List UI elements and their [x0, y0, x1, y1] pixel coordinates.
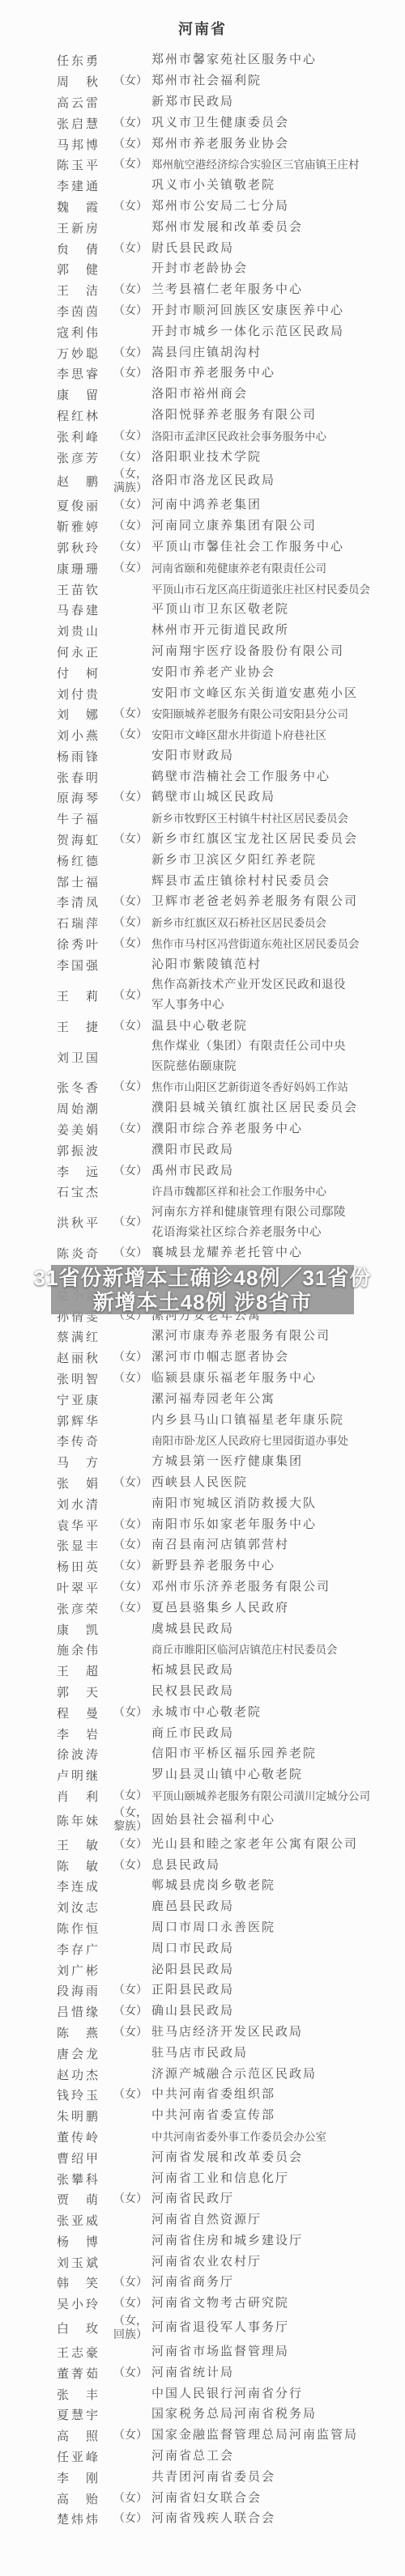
person-name: 赵 鹏	[57, 473, 113, 490]
person-name: 张 娟	[57, 1475, 113, 1492]
gender-note: （女）	[113, 937, 151, 951]
table-row: 康 凯 虞城县民政局	[0, 1619, 405, 1640]
person-name: 何永正	[57, 643, 113, 660]
organization: 河南省统计局	[151, 2363, 234, 2383]
organization: 民权县民政局	[151, 1682, 234, 1702]
table-row: 石宝杰 许昌市魏都区祥和社会工作服务中心	[0, 1182, 405, 1203]
gender-note: （女，黎族）	[113, 1806, 151, 1834]
organization: 焦作煤业（集团）有限责任公司中央医院慈佑颐康院	[151, 1037, 356, 1077]
table-row: 周始潮 濮阳县城关镇红旗社区居民委员会	[0, 1098, 405, 1119]
person-name: 卢明继	[57, 1767, 113, 1784]
person-name: 张冬香	[57, 1079, 113, 1096]
person-name: 张启慧	[57, 115, 113, 132]
table-row: 康珊珊 （女） 河南省颐和苑健康养老有限责任公司	[0, 558, 405, 579]
person-name: 陈炎奇	[57, 1245, 113, 1262]
table-row: 王志豪 河南省市场监督管理局	[0, 2342, 405, 2363]
gender-note: （女）	[113, 791, 151, 804]
organization: 固始县社会福利中心	[151, 1810, 275, 1831]
person-name: 马 方	[57, 1454, 113, 1470]
table-row: 姜美娟 （女） 濮阳市综合养老服务中心	[0, 1119, 405, 1140]
organization: 安阳市文峰区东关街道安惠苑小区	[151, 684, 358, 704]
person-name: 楚炜炜	[57, 2510, 113, 2527]
organization: 国家金融监督管理总局河南监管局	[151, 2425, 358, 2446]
table-row: 赵丽秋 （女） 漯河市巾帼志愿者协会	[0, 1347, 405, 1369]
person-name: 李 岩	[57, 1725, 113, 1742]
organization: 柘城县民政局	[151, 1661, 234, 1681]
person-name: 陈 燕	[57, 2024, 113, 2041]
gender-note: （女）	[113, 728, 151, 742]
banner-line-1: 31省份新增本土确诊48例／31省份	[34, 1266, 372, 1290]
person-name: 王苗钦	[57, 581, 113, 598]
table-row: 郭 健 开封市老龄协会	[0, 259, 405, 280]
organization: 国家税务总局河南省税务局	[151, 2404, 317, 2425]
gender-note: （女）	[113, 1165, 151, 1178]
page-title: 河南省	[178, 18, 227, 39]
organization: 河南省总工会	[151, 2447, 234, 2467]
table-row: 张 娟 （女） 西峡县人民医院	[0, 1473, 405, 1494]
table-row: 原海琴 （女） 鹤壁市山城区民政局	[0, 787, 405, 808]
gender-note: （女）	[113, 1518, 151, 1532]
table-row: 陈玉平 （女） 郑州航空港经济综合实验区三官庙镇王庄村	[0, 155, 405, 176]
organization: 河南省残疾人联合会	[151, 2509, 275, 2529]
person-name: 叶翠平	[57, 1579, 113, 1596]
table-row: 石瑞萍 （女） 新乡市红旗区双石桥社区居民委员会	[0, 913, 405, 934]
organization: 驻马店经济开发区民政局	[151, 2022, 303, 2043]
person-name: 张春明	[57, 769, 113, 786]
table-row: 陈炎奇 （女） 襄城县龙耀养老托管中心	[0, 1243, 405, 1264]
gender-note: （女）	[113, 2276, 151, 2290]
organization: 尉氏县民政局	[151, 239, 234, 259]
person-name: 高 贻	[57, 2490, 113, 2507]
table-row: 刘卫国 焦作煤业（集团）有限责任公司中央医院慈佑颐康院	[0, 1037, 405, 1077]
person-name: 洪秋平	[57, 1214, 113, 1231]
section-header: 河南省	[0, 0, 405, 50]
organization: 开封市城乡一体化示范区民政局	[151, 322, 344, 342]
person-name: 陈作恒	[57, 1920, 113, 1937]
organization: 南阳市宛城区消防救援大队	[151, 1494, 317, 1514]
person-name: 王 莉	[57, 987, 113, 1004]
table-row: 贾 萌 （女） 河南省民政厅	[0, 2189, 405, 2210]
table-row: 张彦芳 （女） 洛阳职业技术学院	[0, 447, 405, 468]
table-row: 程红林 洛阳悦驿养老服务有限公司	[0, 405, 405, 427]
table-row: 赵功杰 济源产城融合示范区民政局	[0, 2064, 405, 2085]
person-name: 郭 健	[57, 261, 113, 278]
table-row: 李国强 沁阳市紫陵镇范村	[0, 954, 405, 975]
person-name: 李传奇	[57, 1432, 113, 1449]
table-row: 贠 倩 （女） 尉氏县民政局	[0, 238, 405, 259]
table-row: 段海雨 （女） 正阳县民政局	[0, 1980, 405, 2001]
organization: 焦作高新技术产业开发区民政和退役军人事务中心	[151, 975, 356, 1016]
organization: 邓州市乐济养老服务有限公司	[151, 1577, 330, 1598]
person-name: 钱玲玉	[57, 2086, 113, 2103]
person-name: 郜士福	[57, 873, 113, 890]
table-row: 朱明鹏 中共河南省委宣传部	[0, 2106, 405, 2127]
person-name: 王志豪	[57, 2344, 113, 2361]
gender-note: （女）	[113, 1789, 151, 1803]
organization: 虞城县民政局	[151, 1619, 234, 1640]
gender-note: （女）	[113, 2429, 151, 2442]
organization: 新乡市牧野区王村镇牛村社区居民委员会	[151, 808, 348, 829]
organization: 河南省商务厅	[151, 2273, 234, 2293]
table-row: 刘 娜 （女） 安阳颐城养老服务有限公司安阳县分公司	[0, 704, 405, 725]
person-name: 张彦芳	[57, 449, 113, 466]
organization: 沁阳市紫陵镇范村	[151, 955, 262, 975]
organization: 洛阳市洛龙区民政局	[151, 471, 275, 491]
table-row: 马邦博 （女） 郑州市养老服务业协会	[0, 134, 405, 155]
organization: 洛阳市养老服务中心	[151, 363, 275, 384]
person-name: 夏俊丽	[57, 497, 113, 514]
gender-note: （女）	[113, 1706, 151, 1720]
gender-note: （女）	[113, 283, 151, 297]
person-name: 康 留	[57, 386, 113, 403]
organization: 河南省文物考古研究院	[151, 2294, 289, 2314]
organization: 内乡县马山口镇福星老年康乐院	[151, 1411, 344, 1431]
person-name: 朱明鹏	[57, 2107, 113, 2124]
table-row: 刘水清 南阳市宛城区消防救援大队	[0, 1493, 405, 1514]
person-name: 郭 天	[57, 1683, 113, 1700]
table-row: 吴小玲 （女） 河南省文物考古研究院	[0, 2294, 405, 2315]
organization: 新乡市红旗区宝龙社区居民委员会	[151, 830, 358, 850]
table-row: 康 留 洛阳市裕州商会	[0, 384, 405, 405]
gender-note: （女）	[113, 1581, 151, 1594]
gender-note: （女）	[113, 989, 151, 1003]
organization: 卫辉市老爸老妈养老服务有限公司	[151, 892, 358, 912]
table-row: 程 曼 （女） 永城市中心敬老院	[0, 1702, 405, 1723]
organization: 永城市中心敬老院	[151, 1703, 262, 1723]
table-row: 吕惜缘 （女） 确山县民政局	[0, 2001, 405, 2022]
organization: 郑州市发展和改革委员会	[151, 218, 303, 238]
person-name: 姜美娟	[57, 1121, 113, 1138]
person-name: 王 洁	[57, 282, 113, 299]
person-name: 肖 利	[57, 1788, 113, 1805]
person-name: 陈 敏	[57, 1857, 113, 1874]
table-row: 张 丰 中国人民银行河南省分行	[0, 2383, 405, 2404]
table-row: 李茵茵 （女） 开封市顺河回族区安康医养中心	[0, 301, 405, 322]
table-row: 赵 鹏 （女，满族） 洛阳市洛龙区民政局	[0, 468, 405, 495]
table-row: 张显丰 （女） 南召县南河店镇郭营村	[0, 1535, 405, 1556]
person-name: 段海雨	[57, 1982, 113, 1999]
person-name: 徐秀叶	[57, 936, 113, 953]
organization: 息县民政局	[151, 1856, 220, 1876]
organization: 河南同立康养集团有限公司	[151, 516, 317, 537]
person-name: 李 刚	[57, 2469, 113, 2486]
person-name: 郭秋玲	[57, 539, 113, 556]
organization: 新野县养老服务中心	[151, 1556, 275, 1577]
person-name: 袁华平	[57, 1517, 113, 1534]
person-name: 杨 博	[57, 2233, 113, 2250]
gender-note: （女）	[113, 2026, 151, 2039]
person-name: 吴小玲	[57, 2295, 113, 2312]
organization: 共青团河南省委员会	[151, 2468, 275, 2488]
person-name: 程 曼	[57, 1704, 113, 1721]
gender-note: （女）	[113, 430, 151, 443]
organization: 禹州市民政局	[151, 1161, 234, 1182]
organization: 焦作市马村区冯营街道东苑社区居民委员会	[151, 934, 360, 954]
organization: 郑州航空港经济综合实验区三官庙镇王庄村	[151, 155, 360, 175]
table-row: 任亚峰 河南省总工会	[0, 2447, 405, 2468]
table-row: 高 照 （女） 国家金融监督管理总局河南监管局	[0, 2425, 405, 2447]
gender-note: （女）	[113, 916, 151, 930]
gender-note: （女）	[113, 1476, 151, 1490]
organization: 濮阳市综合养老服务中心	[151, 1119, 303, 1139]
table-row: 楚炜炜 （女） 河南省残疾人联合会	[0, 2509, 405, 2530]
person-name: 刘卫国	[57, 1049, 113, 1066]
organization: 河南省发展和改革委员会	[151, 2148, 303, 2168]
organization: 河南省妇女联合会	[151, 2489, 262, 2509]
news-banner-overlay: 31省份新增本土确诊48例／31省份 新增本土48例 涉8省市	[51, 1265, 354, 1314]
organization: 济源产城融合示范区民政局	[151, 2065, 317, 2085]
organization: 方城县第一医疗健康集团	[151, 1452, 303, 1472]
gender-note: （女）	[113, 2005, 151, 2018]
organization: 郑州市养老服务业协会	[151, 134, 289, 155]
table-row: 施余伟 商丘市睢阳区临河店镇范庄村民委员会	[0, 1640, 405, 1661]
roster-document: 河南省 任东勇 郑州市馨家苑社区服务中心 周 秋 （女） 郑州市社会福利院 高云…	[0, 0, 405, 2530]
organization: 洛阳职业技术学院	[151, 448, 262, 468]
gender-note: （女）	[113, 1351, 151, 1364]
table-row: 张启慧 （女） 巩义市卫生健康委员会	[0, 112, 405, 134]
person-name: 周 秋	[57, 73, 113, 90]
organization: 中共河南省委组织部	[151, 2085, 275, 2105]
person-name: 郭辉华	[57, 1412, 113, 1429]
organization: 河南省农业农村厅	[151, 2252, 262, 2273]
person-name: 贠 倩	[57, 240, 113, 257]
organization: 河南中鸿养老集团	[151, 495, 262, 516]
table-row: 马春建 平顶山市卫东区敬老院	[0, 600, 405, 621]
person-name: 徐波涛	[57, 1746, 113, 1763]
organization: 洛阳市孟津区民政社会事务服务中心	[151, 427, 326, 447]
person-name: 陈玉平	[57, 156, 113, 173]
person-name: 魏 霞	[57, 198, 113, 215]
table-row: 牛子福 新乡市牧野区王村镇牛村社区居民委员会	[0, 808, 405, 830]
table-row: 李思睿 （女） 洛阳市养老服务中心	[0, 363, 405, 384]
person-name: 曹绍甲	[57, 2149, 113, 2166]
table-row: 王 敏 （女） 光山县和睦之家老年公寓有限公司	[0, 1834, 405, 1855]
table-row: 董传岭 中共河南省委外事工作委员会办公室	[0, 2127, 405, 2148]
gender-note: （女）	[113, 1372, 151, 1386]
person-name: 牛子福	[57, 810, 113, 827]
organization: 漯河市巾帼志愿者协会	[151, 1347, 289, 1368]
organization: 辉县市孟庄镇徐村村民委员会	[151, 872, 330, 892]
table-row: 陈 敏 （女） 息县民政局	[0, 1855, 405, 1876]
person-name: 赵功杰	[57, 2066, 113, 2083]
table-row: 张春明 鹤壁市浩楠社会工作服务中心	[0, 766, 405, 787]
table-row: 杨田英 （女） 新野县养老服务中心	[0, 1556, 405, 1577]
organization: 西峡县人民医院	[151, 1473, 248, 1493]
table-row: 肖 利 （女） 平顶山颐城养老服务有限公司潢川定城分公司	[0, 1786, 405, 1807]
table-row: 韩 笑 （女） 河南省商务厅	[0, 2273, 405, 2294]
organization: 中共河南省委外事工作委员会办公室	[151, 2127, 326, 2147]
table-row: 徐波涛 信阳市平桥区福乐园养老院	[0, 1744, 405, 1765]
gender-note: （女）	[113, 1984, 151, 1997]
gender-note: （女）	[113, 1216, 151, 1229]
organization: 河南省自然资源厅	[151, 2210, 262, 2230]
person-name: 刘广彬	[57, 1962, 113, 1979]
gender-note: （女）	[113, 200, 151, 214]
person-name: 任东勇	[57, 52, 113, 69]
organization: 焦作市山阳区艺新街道冬香好妈妈工作站	[151, 1077, 348, 1097]
organization: 安阳市财政局	[151, 746, 234, 766]
table-row: 张亚威 河南省自然资源厅	[0, 2210, 405, 2231]
person-name: 董传岭	[57, 2128, 113, 2145]
organization: 平顶山颐城养老服务有限公司潢川定城分公司	[151, 1786, 370, 1806]
person-name: 张亚威	[57, 2212, 113, 2229]
table-row: 夏慧宇 国家税务总局河南省税务局	[0, 2404, 405, 2425]
gender-note: （女）	[113, 520, 151, 533]
organization: 漯河福寿园老年公寓	[151, 1390, 275, 1410]
table-row: 宁亚康 漯河福寿园老年公寓	[0, 1389, 405, 1410]
person-name: 张攀科	[57, 2171, 113, 2188]
gender-note: （女）	[113, 1246, 151, 1260]
table-row: 郭振波 濮阳市民政局	[0, 1139, 405, 1161]
organization: 鹿邑县民政局	[151, 1897, 234, 1917]
organization: 郑州市社会福利院	[151, 71, 262, 91]
person-name: 靳雅婷	[57, 518, 113, 535]
person-name: 石宝杰	[57, 1183, 113, 1200]
gender-note: （女）	[113, 1538, 151, 1552]
organization: 南阳市卧龙区人民政府七里园街道办事处	[151, 1431, 348, 1451]
table-row: 王 超 柘城县民政局	[0, 1661, 405, 1682]
organization: 开封市老龄协会	[151, 259, 248, 279]
person-name: 高云雷	[57, 94, 113, 111]
gender-note: （女）	[113, 1602, 151, 1615]
person-name: 郭振波	[57, 1142, 113, 1159]
organization: 鹤壁市山城区民政局	[151, 787, 275, 808]
gender-note: （女）	[113, 304, 151, 318]
person-name: 寇利伟	[57, 324, 113, 341]
table-row: 高 贻 （女） 河南省妇女联合会	[0, 2488, 405, 2509]
organization: 安阳市养老产业协会	[151, 663, 275, 683]
gender-note: （女，满族）	[113, 468, 151, 495]
person-name: 石瑞萍	[57, 915, 113, 932]
gender-note: （女）	[113, 707, 151, 721]
table-row: 叶翠平 （女） 邓州市乐济养老服务有限公司	[0, 1577, 405, 1598]
table-row: 任东勇 郑州市馨家苑社区服务中心	[0, 50, 405, 71]
organization: 河南东方祥和健康管理有限公司鄢陵花语海棠社区综合养老服务中心	[151, 1203, 356, 1243]
table-row: 张明智 （女） 临颍县康乐福老年服务中心	[0, 1369, 405, 1390]
table-row: 张攀科 河南省工业和信息化厅	[0, 2168, 405, 2189]
organization: 周口市周口永善医院	[151, 1918, 275, 1938]
person-name: 贺海虹	[57, 831, 113, 848]
table-row: 王 洁 （女） 兰考县禧仁老年服务中心	[0, 280, 405, 301]
person-name: 李清凤	[57, 893, 113, 910]
organization: 郑州市公安局二七分局	[151, 197, 289, 217]
table-row: 刘小燕 （女） 安阳市文峰区甜水井街道卜府巷社区	[0, 725, 405, 746]
gender-note: （女）	[113, 367, 151, 380]
organization: 平顶山市卫东区敬老院	[151, 600, 289, 620]
gender-note: （女）	[113, 1080, 151, 1094]
table-row: 魏 霞 （女） 郑州市公安局二七分局	[0, 197, 405, 218]
person-name: 杨雨锋	[57, 748, 113, 765]
organization: 濮阳县城关镇红旗社区居民委员会	[151, 1098, 358, 1118]
person-name: 杨红德	[57, 852, 113, 869]
table-row: 王 莉 （女） 焦作高新技术产业开发区民政和退役军人事务中心	[0, 975, 405, 1016]
person-name: 李建通	[57, 177, 113, 194]
organization: 信阳市平桥区福乐园养老院	[151, 1744, 317, 1764]
organization: 温县中心敬老院	[151, 1016, 248, 1037]
table-row: 付 柯 安阳市养老产业协会	[0, 662, 405, 683]
organization: 罗山县灵山镇中心敬老院	[151, 1765, 303, 1785]
table-row: 郜士福 辉县市孟庄镇徐村村民委员会	[0, 871, 405, 892]
organization: 正阳县民政局	[151, 1980, 234, 2001]
gender-note: （女）	[113, 158, 151, 172]
organization: 郸城县虎岗乡敬老院	[151, 1876, 275, 1896]
gender-note: （女）	[113, 2192, 151, 2206]
person-name: 宁亚康	[57, 1391, 113, 1408]
table-row: 万妙聪 （女） 嵩县闫庄镇胡沟村	[0, 342, 405, 363]
organization: 南召县南河店镇郭营村	[151, 1535, 289, 1555]
person-name: 王 超	[57, 1662, 113, 1679]
person-name: 刘小燕	[57, 727, 113, 744]
organization: 河南省退役军人事务厅	[151, 2318, 289, 2338]
table-row: 李 远 （女） 禹州市民政局	[0, 1161, 405, 1182]
organization: 泌阳县民政局	[151, 1960, 234, 1980]
table-row: 李建通 巩义市小关镇敬老院	[0, 176, 405, 197]
person-name: 李国强	[57, 957, 113, 974]
person-name: 韩 笑	[57, 2274, 113, 2291]
table-row: 陈 燕 （女） 驻马店经济开发区民政局	[0, 2022, 405, 2043]
organization: 安阳颐城养老服务有限公司安阳县分公司	[151, 704, 348, 724]
person-name: 夏慧宇	[57, 2406, 113, 2423]
table-row: 唐会龙 驻马店市民政局	[0, 2043, 405, 2064]
table-row: 钱玲玉 （女） 中共河南省委组织部	[0, 2085, 405, 2106]
organization: 平顶山市馨佳社会工作服务中心	[151, 537, 344, 558]
gender-note: （女，回族）	[113, 2315, 151, 2342]
person-name: 王新房	[57, 219, 113, 236]
person-name: 张利峰	[57, 428, 113, 445]
banner-line-2: 新增本土48例 涉8省市	[93, 1290, 313, 1314]
person-name: 高 照	[57, 2427, 113, 2444]
gender-note: （女）	[113, 1122, 151, 1136]
person-name: 马邦博	[57, 136, 113, 153]
table-row: 王 捷 （女） 温县中心敬老院	[0, 1016, 405, 1037]
table-row: 李清凤 （女） 卫辉市老爸老妈养老服务有限公司	[0, 892, 405, 913]
gender-note: （女）	[113, 1859, 151, 1873]
table-row: 马 方 方城县第一医疗健康集团	[0, 1452, 405, 1473]
person-name: 万妙聪	[57, 345, 113, 362]
person-name: 李思睿	[57, 365, 113, 382]
organization: 林州市开元街道民政所	[151, 621, 289, 641]
organization: 许昌市魏都区祥和社会工作服务中心	[151, 1182, 326, 1202]
person-name: 刘汝志	[57, 1899, 113, 1916]
organization: 临颍县康乐福老年服务中心	[151, 1369, 317, 1389]
organization: 新乡市红旗区双石桥社区居民委员会	[151, 913, 326, 933]
gender-note: （女）	[113, 1560, 151, 1573]
organization: 河南省工业和信息化厅	[151, 2169, 289, 2189]
table-row: 董菁茹 （女） 河南省统计局	[0, 2362, 405, 2383]
gender-note: （女）	[113, 2088, 151, 2102]
person-name: 刘付贵	[57, 685, 113, 702]
organization: 光山县和睦之家老年公寓有限公司	[151, 1835, 358, 1855]
table-row: 刘广彬 泌阳县民政局	[0, 1959, 405, 1980]
table-row: 袁华平 （女） 南阳市乐如家老年服务中心	[0, 1514, 405, 1535]
table-row: 李传奇 南阳市卧龙区人民政府七里园街道办事处	[0, 1431, 405, 1452]
organization: 平顶山市石龙区高庄街道张庄社区村民委员会	[151, 579, 370, 600]
person-name: 周始潮	[57, 1100, 113, 1117]
table-row: 曹绍甲 河南省发展和改革委员会	[0, 2147, 405, 2168]
table-row: 张彦荣 （女） 夏邑县骆集乡人民政府	[0, 1598, 405, 1619]
person-name: 吕惜缘	[57, 2003, 113, 2020]
organization: 襄城县龙耀养老托管中心	[151, 1243, 303, 1263]
person-name: 陈年妹	[57, 1812, 113, 1829]
gender-note: （女）	[113, 117, 151, 130]
organization: 洛阳市裕州商会	[151, 384, 248, 405]
organization: 周口市民政局	[151, 1939, 234, 1959]
person-name: 刘玉斌	[57, 2254, 113, 2271]
table-row: 杨 博 河南省住房和城乡建设厅	[0, 2231, 405, 2252]
organization: 安阳市文峰区甜水井街道卜府巷社区	[151, 725, 326, 745]
table-row: 杨红德 新乡市卫滨区夕阳红养老院	[0, 850, 405, 871]
organization: 商丘市睢阳区临河店镇范庄村民委员会	[151, 1640, 338, 1660]
